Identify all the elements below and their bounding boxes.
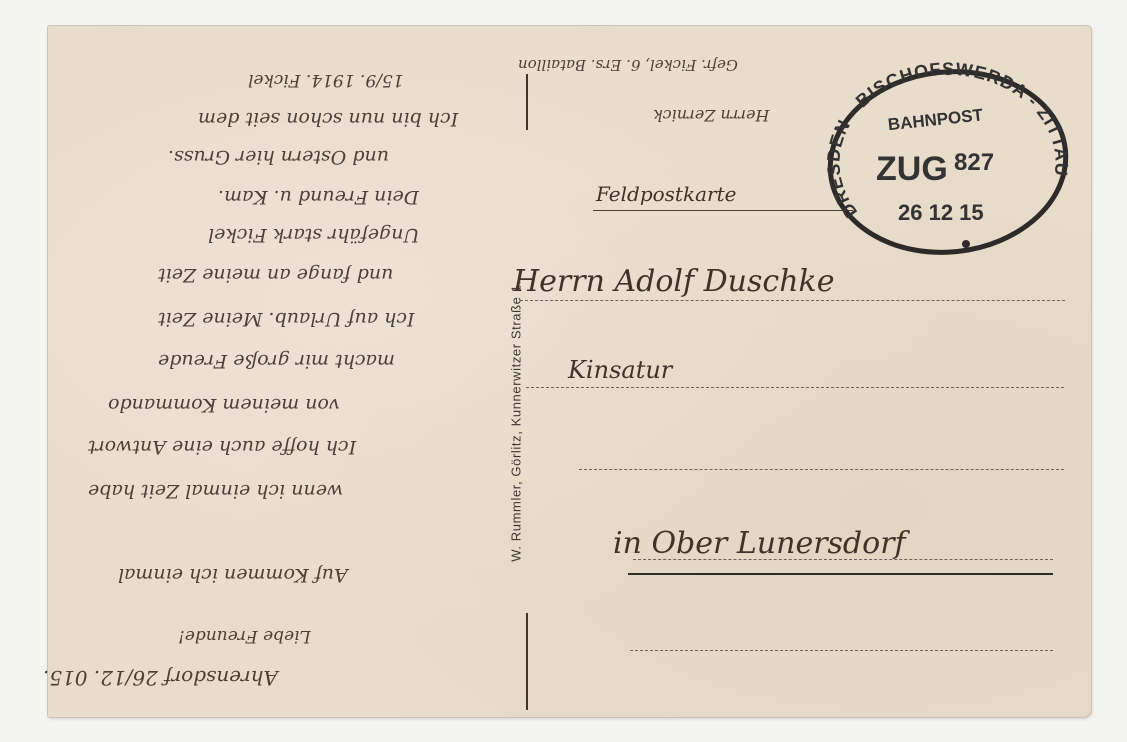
destination-underline: [628, 573, 1053, 575]
message-line: Liebe Freunde!: [178, 626, 311, 646]
message-line: wenn ich einmal Zeit habe: [88, 480, 343, 502]
message-line: Ich auf Urlaub. Meine Zeit: [158, 308, 415, 330]
postmark-ring-text: DRESDEN - BISCHOFSWERDA - ZITTAU: [823, 62, 1070, 221]
message-line: und fange an meine Zeit: [158, 264, 393, 286]
message-line: macht mir große Freude: [158, 350, 395, 372]
message-line: Ich bin nun schon seit dem: [198, 108, 458, 130]
address-line-2-text: Kinsatur: [568, 356, 672, 384]
address-destination: in Ober Lunersdorf: [613, 526, 906, 561]
message-line: und Ostern hier Gruss.: [168, 146, 389, 168]
message-line: Ahrensdorf 26/12. 015.: [43, 666, 278, 690]
address-line-2: [526, 387, 1064, 388]
postmark-train: ZUG: [876, 150, 948, 188]
divider-line-top: [526, 74, 528, 130]
sender-note-line: Herrn Zernick: [653, 106, 769, 125]
postmark-service: BAHNPOST: [887, 105, 984, 134]
message-line: Auf Kommen ich einmal: [118, 564, 348, 586]
sender-note-line: Gefr. Fickel, 6. Ers. Bataillon: [518, 56, 738, 74]
message-line: Ungefähr stark Fickel: [208, 224, 419, 246]
service-note-underline: [593, 210, 853, 211]
publisher-imprint: W. Rummler, Görlitz, Kunnerwitzer Straße…: [509, 280, 524, 562]
service-note: Feldpostkarte: [596, 182, 736, 206]
postmark-date: 26 12 15: [898, 200, 984, 225]
postmark-train-number: 827: [954, 149, 994, 176]
message-line: 15/9. 1914. Fickel: [248, 70, 404, 90]
address-line-4: [633, 559, 1053, 560]
message-line: Ich hoffe auch eine Antwort: [88, 436, 356, 458]
address-line-1: [520, 300, 1065, 301]
address-line-5-blank: [630, 650, 1053, 651]
message-line: Dein Freund u. Kam.: [218, 186, 419, 208]
address-line-3-blank: [579, 469, 1064, 470]
recipient-name: Herrn Adolf Duschke: [513, 264, 834, 299]
svg-text:DRESDEN - BISCHOFSWERDA - ZITT: DRESDEN - BISCHOFSWERDA - ZITTAU: [823, 62, 1070, 221]
message-line: von meinem Kommando: [108, 394, 340, 416]
postmark-stamp: DRESDEN - BISCHOFSWERDA - ZITTAU BAHNPOS…: [818, 62, 1070, 258]
divider-line-bottom: [526, 613, 528, 710]
